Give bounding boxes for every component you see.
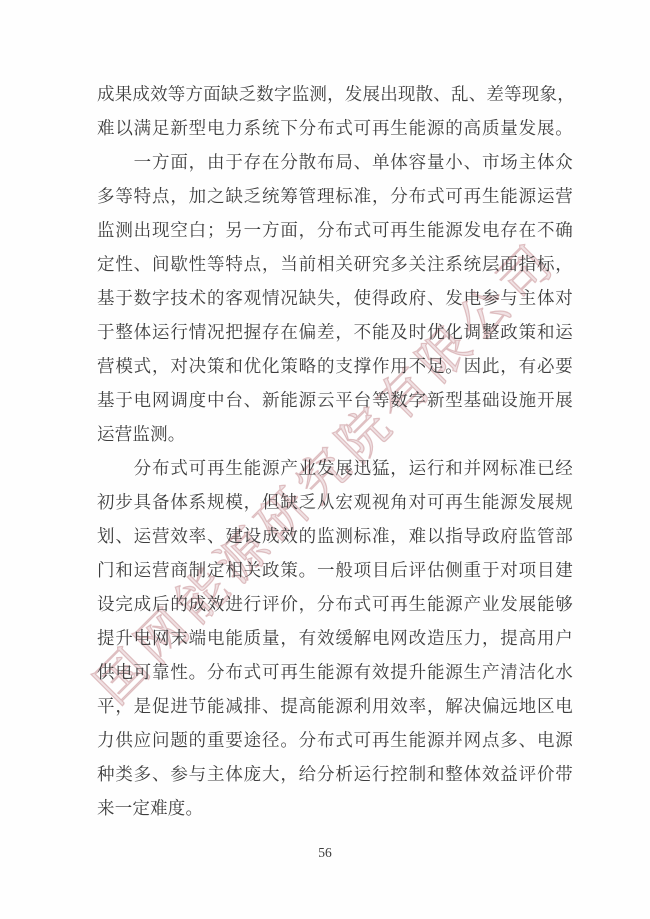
text-line: 设完成后的成效进行评价，分布式可再生能源产业发展能够	[97, 587, 573, 621]
text-line: 平，是促进节能减排、提高能源利用效率，解决偏远地区电	[97, 689, 573, 723]
text-line: 于整体运行情况把握存在偏差，不能及时优化调整政策和运	[97, 315, 573, 349]
text-line: 一方面，由于存在分散布局、单体容量小、市场主体众	[97, 145, 573, 179]
text-line: 划、运营效率、建设成效的监测标准，难以指导政府监管部	[97, 519, 573, 553]
text-line: 门和运营商制定相关政策。一般项目后评估侧重于对项目建	[97, 553, 573, 587]
text-line: 监测出现空白；另一方面，分布式可再生能源发电存在不确	[97, 213, 573, 247]
text-line: 种类多、参与主体庞大，给分析运行控制和整体效益评价带	[97, 757, 573, 791]
document-page: 国网能源研究院有限公司 成果成效等方面缺乏数字监测，发展出现散、乱、差等现象， …	[0, 0, 650, 919]
text-line: 营模式，对决策和优化策略的支撑作用不足。因此，有必要	[97, 349, 573, 383]
text-line: 难以满足新型电力系统下分布式可再生能源的高质量发展。	[97, 111, 573, 145]
text-line: 初步具备体系规模，但缺乏从宏观视角对可再生能源发展规	[97, 485, 573, 519]
text-line: 供电可靠性。分布式可再生能源有效提升能源生产清洁化水	[97, 655, 573, 689]
text-line: 成果成效等方面缺乏数字监测，发展出现散、乱、差等现象，	[97, 77, 573, 111]
body-text-block: 成果成效等方面缺乏数字监测，发展出现散、乱、差等现象， 难以满足新型电力系统下分…	[97, 77, 573, 825]
text-line: 多等特点，加之缺乏统筹管理标准，分布式可再生能源运营	[97, 179, 573, 213]
text-line: 分布式可再生能源产业发展迅猛，运行和并网标准已经	[97, 451, 573, 485]
text-line: 运营监测。	[97, 417, 573, 451]
text-line: 定性、间歇性等特点，当前相关研究多关注系统层面指标，	[97, 247, 573, 281]
text-line: 基于数字技术的客观情况缺失，使得政府、发电参与主体对	[97, 281, 573, 315]
text-line: 来一定难度。	[97, 791, 573, 825]
text-line: 提升电网末端电能质量，有效缓解电网改造压力，提高用户	[97, 621, 573, 655]
page-number: 56	[0, 845, 650, 861]
text-line: 力供应问题的重要途径。分布式可再生能源并网点多、电源	[97, 723, 573, 757]
text-line: 基于电网调度中台、新能源云平台等数字新型基础设施开展	[97, 383, 573, 417]
